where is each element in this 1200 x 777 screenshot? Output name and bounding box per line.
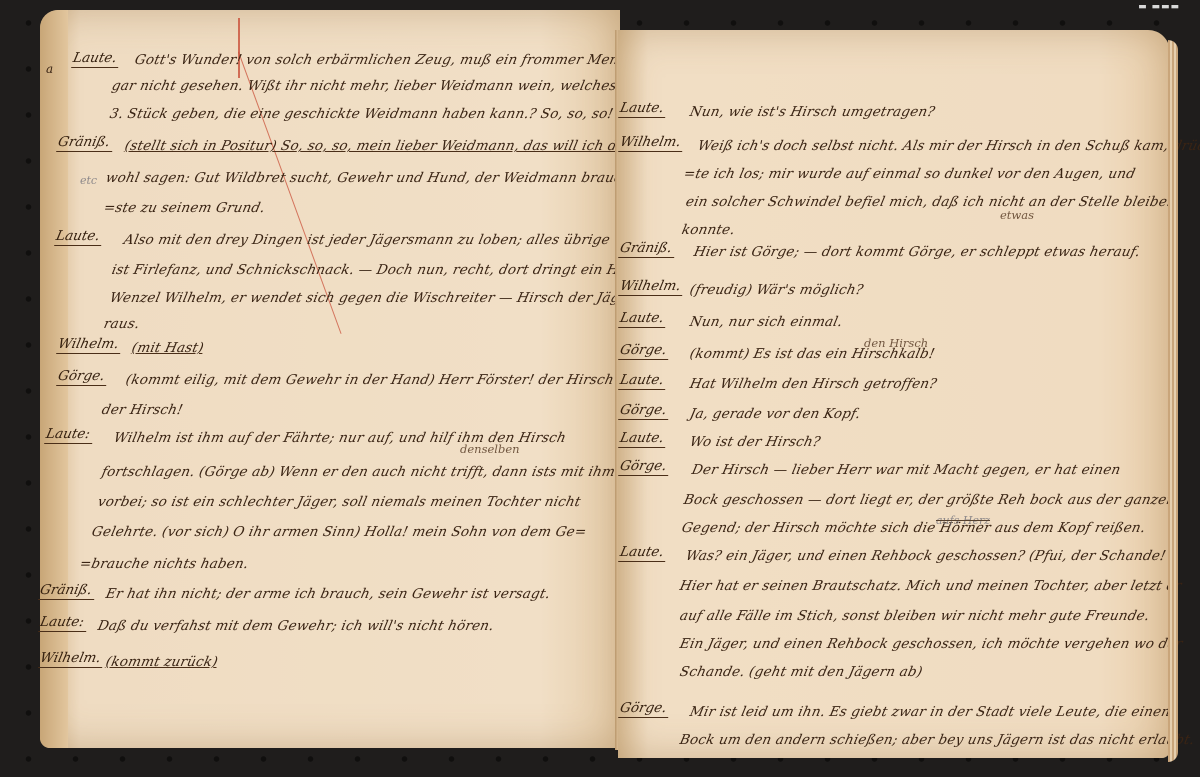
text-line: Hier ist Görge; — dort kommt Görge, er s… (692, 244, 1141, 260)
red-pencil-mark (238, 18, 240, 78)
text-line: Wilhelm ist ihm auf der Fährte; nur auf,… (112, 430, 567, 446)
text-line: fortschlagen. (Görge ab) Wenn er den auc… (100, 464, 616, 480)
text-line: Gott's Wunder! von solch erbärmlichen Ze… (133, 52, 644, 68)
speaker-label: Wilhelm. (38, 650, 106, 668)
speaker-label: Görge. (618, 402, 672, 420)
speaker-label: Laute. (54, 228, 105, 246)
text-line: Nun, nur sich einmal. (688, 314, 844, 330)
text-line: Er hat ihn nicht; der arme ich brauch, s… (104, 586, 551, 602)
left-page: a Laute. Gott's Wunder! von solch erbärm… (40, 10, 620, 748)
text-line: Wenzel Wilhelm, er wendet sich gegen die… (108, 290, 636, 306)
speaker-label: Laute. (618, 372, 669, 390)
text-line: =te ich los; mir wurde auf einmal so dun… (682, 166, 1137, 182)
text-line: Weiß ich's doch selbst nicht. Als mir de… (696, 138, 1200, 154)
text-line: Daß du verfahst mit dem Gewehr; ich will… (96, 618, 495, 634)
interlinear-note: den Hirsch (864, 336, 928, 350)
text-line: auf alle Fälle im Stich, sonst bleiben w… (678, 608, 1151, 624)
text-line: raus. (102, 316, 141, 332)
text-line: vorbei; so ist ein schlechter Jäger, sol… (96, 494, 582, 510)
text-line: Schande. (geht mit den Jägern ab) (678, 664, 924, 680)
text-line: (mit Hast) (130, 340, 205, 356)
text-line: Der Hirsch — lieber Herr war mit Macht g… (690, 462, 1122, 478)
speaker-label: Laute: (44, 426, 95, 444)
speaker-label: Wilhelm. (618, 278, 686, 296)
text-line: Also mit den drey Dingen ist jeder Jäger… (122, 232, 611, 248)
text-line: Mir ist leid um ihn. Es giebt zwar in de… (688, 704, 1172, 720)
text-line: Hier hat er seinen Brautschatz. Mich und… (678, 578, 1183, 594)
text-line: =brauche nichts haben. (78, 556, 250, 572)
speaker-label: Laute. (618, 430, 669, 448)
text-line: Ja, gerade vor den Kopf. (688, 406, 862, 422)
speaker-label: Laute. (618, 310, 669, 328)
text-line: wohl sagen: Gut Wildbret sucht, Gewehr u… (104, 170, 638, 186)
text-line: =ste zu seinem Grund. (102, 200, 266, 216)
speaker-label: Wilhelm. (618, 134, 686, 152)
text-line: Bock geschossen — dort liegt er, der grö… (682, 492, 1177, 508)
crossed-out-note: aufs Herz (936, 514, 990, 527)
speaker-label: Laute. (618, 100, 669, 118)
text-line: Nun, wie ist's Hirsch umgetragen? (688, 104, 936, 120)
text-line: (freudig) Wär's möglich? (688, 282, 865, 298)
speaker-label: Laute: (38, 614, 89, 632)
margin-letter: a (46, 62, 53, 76)
pencil-margin-note: etc (80, 174, 97, 187)
interlinear-note: etwas (1000, 208, 1034, 222)
speaker-label: Gräniß. (38, 582, 97, 600)
speaker-label: Wilhelm. (56, 336, 124, 354)
text-line: Gelehrte. (vor sich) O ihr armen Sinn) H… (90, 524, 588, 540)
text-line: (kommt zurück) (104, 654, 219, 670)
text-line: Ein Jäger, und einen Rehbock geschossen,… (678, 636, 1184, 652)
text-line: Was? ein Jäger, und einen Rehbock gescho… (684, 548, 1167, 564)
right-page: Laute. Nun, wie ist's Hirsch umgetragen?… (618, 30, 1170, 758)
text-line: Gegend; der Hirsch möchte sich die Hörne… (680, 520, 1147, 536)
text-line: konnte. (680, 222, 736, 238)
text-line: Bock um den andern schießen; aber bey un… (678, 732, 1196, 748)
text-line: (stellt sich in Positur) So, so, so, mei… (123, 138, 631, 154)
speaker-label: Gräniß. (56, 134, 115, 152)
speaker-label: Gräniß. (618, 240, 677, 258)
speaker-label: Laute. (71, 50, 122, 68)
text-line: (kommt eilig, mit dem Gewehr in der Hand… (124, 372, 615, 388)
text-line: ist Firlefanz, und Schnickschnack. — Doc… (110, 262, 655, 278)
speaker-label: Görge. (618, 458, 672, 476)
speaker-label: Laute. (618, 544, 669, 562)
speaker-label: Görge. (56, 368, 110, 386)
text-line: der Hirsch! (100, 402, 184, 418)
text-line: gar nicht gesehen. Wißt ihr nicht mehr, … (110, 78, 618, 94)
text-line: Hat Wilhelm den Hirsch getroffen? (688, 376, 938, 392)
open-manuscript-book: a Laute. Gott's Wunder! von solch erbärm… (40, 6, 1188, 762)
text-line: 3. Stück geben, die eine geschickte Weid… (108, 106, 662, 122)
text-line: ein solcher Schwindel befiel mich, daß i… (684, 194, 1177, 210)
speaker-label: Görge. (618, 700, 672, 718)
text-line: Wo ist der Hirsch? (688, 434, 822, 450)
speaker-label: Görge. (618, 342, 672, 360)
